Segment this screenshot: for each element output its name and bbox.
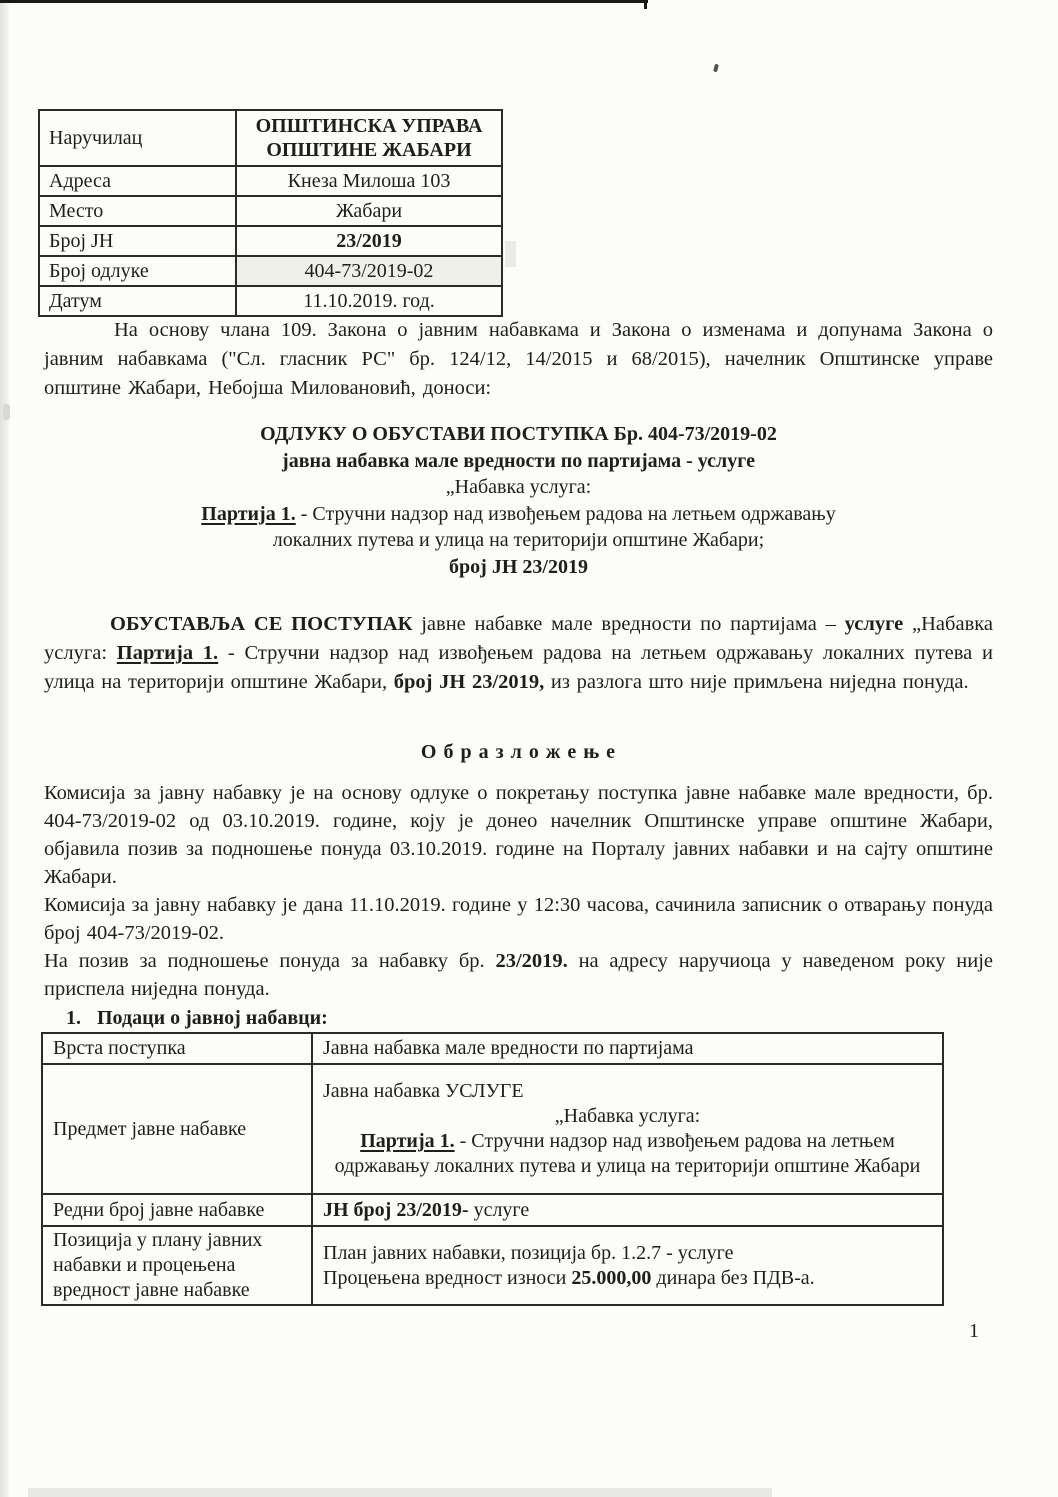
table-row: Адреса Кнеза Милоша 103: [40, 167, 501, 197]
lot-1-label: Партија 1.: [117, 642, 218, 664]
decision-number-value: 404-73/2019-02: [237, 257, 501, 285]
procurement-number-value: 23/2019: [237, 227, 501, 255]
procurement-number-label: Број ЈН: [40, 227, 237, 255]
table-row: Наручилац ОПШТИНСКА УПРАВА ОПШТИНЕ ЖАБАР…: [40, 111, 501, 167]
explanation-heading: О б р а з л о ж е њ е: [44, 741, 993, 764]
scan-top-tick-mark: [644, 0, 647, 9]
subject-line3: Партија 1. - Стручни надзор над извођење…: [323, 1129, 932, 1179]
section-1-heading: 1.Подаци о јавној набавци:: [66, 1007, 328, 1030]
legal-basis-paragraph: На основу члана 109. Закона о јавним наб…: [44, 316, 993, 403]
explanation-body: Комисија за јавну набавку је на основу о…: [44, 779, 993, 1003]
address-label: Адреса: [40, 167, 237, 195]
address-value: Кнеза Милоша 103: [237, 167, 501, 195]
operative-paragraph: ОБУСТАВЉА СЕ ПОСТУПАК јавне набавке мале…: [44, 610, 993, 697]
subject-value: Јавна набавка УСЛУГЕ „Набавка услуга: Па…: [313, 1065, 942, 1193]
ordinal-number-text: ЈН број 23/2019- услуге: [323, 1198, 932, 1223]
explanation-p3-start: На позив за подношење понуда за набавку …: [44, 950, 495, 972]
table-row: Врста поступка Јавна набавка мале вредно…: [43, 1034, 942, 1065]
estimated-value-amount: 25.000,00: [571, 1267, 651, 1289]
decision-title-line4: Партија 1. - Стручни надзор над извођење…: [44, 501, 993, 528]
scanned-document-page: Наручилац ОПШТИНСКА УПРАВА ОПШТИНЕ ЖАБАР…: [0, 0, 1058, 1497]
subject-line2: „Набавка услуга:: [323, 1104, 932, 1129]
scan-edge-left: [0, 0, 9, 1497]
lot-1-label: Партија 1.: [360, 1130, 454, 1152]
operative-segment: из разлога што није примљена ниједна пон…: [544, 671, 968, 693]
explanation-paragraph-2: Комисија за јавну набавку је дана 11.10.…: [44, 891, 993, 947]
procurer-label: Наручилац: [40, 111, 237, 165]
estimated-value-line: Процењена вредност износи 25.000,00 дина…: [323, 1266, 932, 1291]
procedure-type-label: Врста поступка: [43, 1034, 313, 1063]
scan-shading-artifact: [505, 241, 516, 267]
decision-title-line1: ОДЛУКУ О ОБУСТАВИ ПОСТУПКА Бр. 404-73/20…: [44, 421, 993, 448]
decision-number-label: Број одлуке: [40, 257, 237, 285]
ordinal-number-bold: ЈН број 23/2019-: [323, 1199, 469, 1221]
table-row: Место Жабари: [40, 197, 501, 227]
explanation-paragraph-3: На позив за подношење понуда за набавку …: [44, 947, 993, 1003]
scan-edge-top-line: [0, 0, 648, 3]
table-row: Предмет јавне набавке Јавна набавка УСЛУ…: [43, 1065, 942, 1195]
scan-edge-bottom: [28, 1488, 772, 1497]
procurer-info-table: Наручилац ОПШТИНСКА УПРАВА ОПШТИНЕ ЖАБАР…: [38, 109, 503, 317]
decision-title-line2: јавна набавка мале вредности по партијам…: [44, 448, 993, 475]
ordinal-number-rest: услуге: [469, 1199, 530, 1221]
procurement-number-inline: број ЈН 23/2019,: [394, 671, 545, 693]
decision-title-line5: локалних путева и улица на територији оп…: [44, 527, 993, 554]
section-1-number: 1.: [66, 1007, 81, 1030]
table-row: Позиција у плану јавних набавки и процењ…: [43, 1227, 942, 1304]
plan-position-label: Позиција у плану јавних набавки и процењ…: [43, 1227, 313, 1304]
ordinal-number-label: Редни број јавне набавке: [43, 1195, 313, 1225]
organization-name: ОПШТИНСКА УПРАВА ОПШТИНЕ ЖАБАРИ: [256, 114, 483, 162]
procurer-value: ОПШТИНСКА УПРАВА ОПШТИНЕ ЖАБАРИ: [237, 111, 501, 165]
organization-name-line1: ОПШТИНСКА УПРАВА: [256, 114, 483, 138]
table-row: Број ЈН 23/2019: [40, 227, 501, 257]
decision-title-block: ОДЛУКУ О ОБУСТАВИ ПОСТУПКА Бр. 404-73/20…: [44, 421, 993, 580]
subject-line1: Јавна набавка УСЛУГЕ: [323, 1079, 932, 1104]
place-label: Место: [40, 197, 237, 225]
procurement-number-inline: 23/2019.: [495, 950, 567, 972]
procedure-type-value: Јавна набавка мале вредности по партијам…: [313, 1034, 942, 1063]
decision-title-line6: број ЈН 23/2019: [44, 554, 993, 581]
decision-title-line3: „Набавка услуга:: [44, 474, 993, 501]
decision-title-line4-rest: - Стручни надзор над извођењем радова на…: [296, 503, 836, 525]
date-label: Датум: [40, 287, 237, 315]
procurement-details-table: Врста поступка Јавна набавка мале вредно…: [41, 1032, 944, 1306]
section-1-title: Подаци о јавној набавци:: [97, 1007, 328, 1029]
organization-name-line2: ОПШТИНЕ ЖАБАРИ: [256, 138, 483, 162]
suspension-statement: ОБУСТАВЉА СЕ ПОСТУПАК: [110, 613, 412, 635]
place-value: Жабари: [237, 197, 501, 225]
date-value: 11.10.2019. год.: [237, 287, 501, 315]
table-row: Број одлуке 404-73/2019-02: [40, 257, 501, 287]
estimated-value-start: Процењена вредност износи: [323, 1267, 571, 1289]
table-row: Редни број јавне набавке ЈН број 23/2019…: [43, 1195, 942, 1227]
operative-segment-bold: услуге: [845, 613, 904, 635]
page-number: 1: [969, 1320, 979, 1343]
subject-label: Предмет јавне набавке: [43, 1065, 313, 1193]
table-row: Датум 11.10.2019. год.: [40, 287, 501, 315]
scan-smudge-left: [3, 404, 10, 420]
lot-1-label: Партија 1.: [201, 503, 295, 525]
explanation-paragraph-1: Комисија за јавну набавку је на основу о…: [44, 779, 993, 891]
operative-segment: јавне набавке мале вредности по партијам…: [412, 613, 844, 635]
scan-speck: [713, 64, 719, 73]
procedure-type-text: Јавна набавка мале вредности по партијам…: [323, 1036, 932, 1061]
estimated-value-end: динара без ПДВ-а.: [651, 1267, 814, 1289]
ordinal-number-value: ЈН број 23/2019- услуге: [313, 1195, 942, 1225]
plan-position-value: План јавних набавки, позиција бр. 1.2.7 …: [313, 1227, 942, 1304]
plan-position-line1: План јавних набавки, позиција бр. 1.2.7 …: [323, 1241, 932, 1266]
